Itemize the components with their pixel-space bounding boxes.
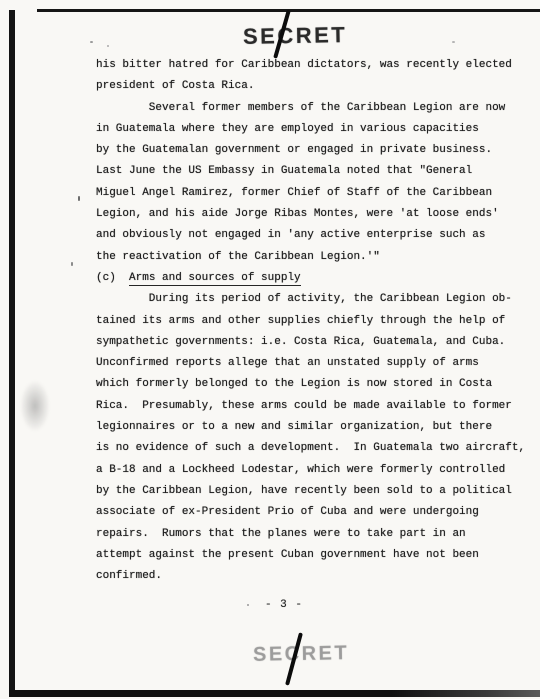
text-line: sympathetic governments: i.e. Costa Rica…: [96, 332, 525, 353]
text-line: Unconfirmed reports allege that an unsta…: [96, 353, 525, 374]
text-line: which formerly belonged to the Legion is…: [96, 374, 525, 395]
secret-stamp-bottom: SECRET: [253, 642, 350, 667]
scan-speck: [71, 262, 73, 266]
scan-speck: [90, 41, 93, 43]
text-line: Rica. Presumably, these arms could be ma…: [96, 396, 525, 417]
text-line: and obviously not engaged in 'any active…: [96, 225, 525, 246]
text-line: president of Costa Rica.: [96, 76, 525, 97]
text-line: a B-18 and a Lockheed Lodestar, which we…: [96, 460, 525, 481]
paragraphs-top: his bitter hatred for Caribbean dictator…: [96, 55, 525, 268]
text-line: attempt against the present Cuban govern…: [96, 545, 525, 566]
document-body: his bitter hatred for Caribbean dictator…: [96, 55, 525, 587]
scan-edge-left: [9, 10, 15, 694]
text-line: by the Guatemalan government or engaged …: [96, 140, 525, 161]
text-line: Miguel Angel Ramirez, former Chief of St…: [96, 183, 525, 204]
text-line: Several former members of the Caribbean …: [96, 98, 525, 119]
text-line: legionnaires or to a new and similar org…: [96, 417, 525, 438]
scan-speck: [107, 45, 109, 47]
text-line: tained its arms and other supplies chief…: [96, 311, 525, 332]
text-line: his bitter hatred for Caribbean dictator…: [96, 55, 525, 76]
text-line: in Guatemala where they are employed in …: [96, 119, 525, 140]
scan-speck: [78, 196, 80, 201]
text-line: is no evidence of such a development. In…: [96, 438, 525, 459]
section-title: Arms and sources of supply: [129, 272, 301, 286]
secret-stamp-top: SECRET: [243, 22, 348, 50]
page-number: - 3 -: [14, 599, 540, 611]
scan-smudge: [20, 380, 50, 432]
text-line: Last June the US Embassy in Guatemala no…: [96, 161, 525, 182]
text-line: by the Caribbean Legion, have recently b…: [96, 481, 525, 502]
paragraphs-bottom: During its period of activity, the Carib…: [96, 289, 525, 587]
text-line: During its period of activity, the Carib…: [96, 289, 525, 310]
section-letter: (c): [96, 272, 129, 284]
scan-speck: [452, 41, 455, 43]
text-line: repairs. Rumors that the planes were to …: [96, 524, 525, 545]
text-line: Legion, and his aide Jorge Ribas Montes,…: [96, 204, 525, 225]
text-line: associate of ex-President Prio of Cuba a…: [96, 502, 525, 523]
section-heading: (c) Arms and sources of supply: [96, 268, 525, 289]
text-line: the reactivation of the Caribbean Legion…: [96, 247, 525, 268]
scanned-document-page: SECRET his bitter hatred for Caribbean d…: [0, 0, 540, 699]
text-line: confirmed.: [96, 566, 525, 587]
scan-edge-bottom: [9, 690, 540, 697]
